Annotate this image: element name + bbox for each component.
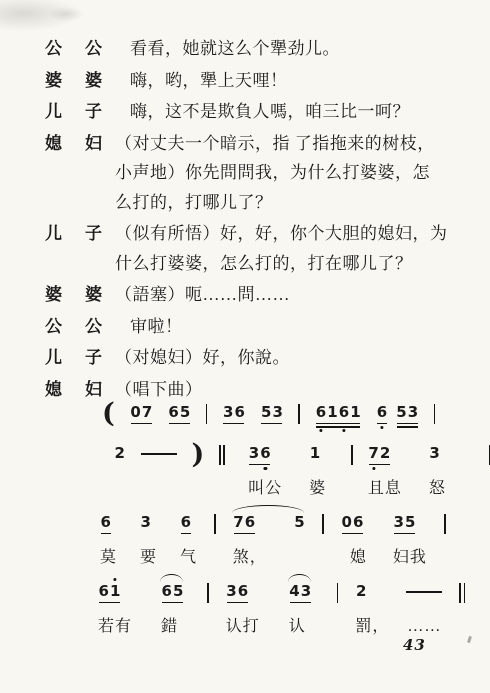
music-system: 6莫3要6气765煞，06媳35妇我 [100,513,476,568]
barline-icon [219,445,221,465]
music-cell: 61若有 [98,582,132,637]
speaker-name: 媳妇 [45,375,102,405]
speaker-name: 公公 [45,34,102,64]
lyric-syllable: 要 [140,548,157,568]
music-cell: 6莫 [100,513,117,568]
lyric-syllable: 煞， [233,548,267,568]
note-digit: 5 [404,513,416,531]
music-cell: 765煞， [233,513,306,568]
note-row: 36 [222,403,245,430]
note-digit: 6 [260,444,272,462]
beam-line-icon [377,423,387,425]
beam-line-icon [169,423,190,425]
dialogue-row: 婆婆嗨，哟，犟上天哩！ [45,66,462,96]
low-octave-dot-icon [264,467,267,470]
music-cell: 72且息 [368,444,402,499]
beam-line-icon [290,602,311,604]
lyric-syllable: 叫公 [248,479,282,499]
dialogue-row: 儿子（对媳妇）好，你說。 [45,343,462,373]
note-row: 6 [100,513,117,540]
note-group: 36 [248,444,271,462]
low-octave-dot-icon [319,429,322,432]
note-row: 65 [161,582,184,609]
lyric-syllable: 妇我 [393,548,427,568]
speaker-name-char: 媳 [45,129,62,159]
duration-dash-icon [141,453,177,455]
note-group: 65 [168,403,191,421]
dialogue-row: 媳妇（对丈夫一个暗示，指 了指拖来的树枝，小声地）你先問問我，为什么打婆婆，怎么… [45,129,462,218]
slur-arc-icon [232,505,305,513]
music-cell: 3要 [140,513,157,568]
note-digit: 5 [260,403,272,421]
note-row: ( [102,403,115,430]
note-digit: 6 [161,582,173,600]
note-row: 61 [98,582,132,609]
speech-text: 嗨，这不是欺負人嗎，咱三比一呵？ [115,97,462,127]
music-cell [434,403,436,430]
speaker-name: 婆婆 [45,66,102,96]
note-row: 2 [114,444,126,471]
note-row: 765 [233,513,306,540]
note-digit: 7 [368,444,380,462]
music-cell: 653 [376,403,419,430]
music-cell [459,582,465,609]
note-row: 2 [355,582,389,609]
note-group: 36 [226,582,249,600]
note-digit: 3 [140,513,152,531]
music-cell: 35妇我 [393,513,427,568]
lyric-syllable: 莫 [100,548,117,568]
beam-line-icon [316,426,360,428]
speaker-name: 公公 [45,312,102,342]
lyric-syllable: 錯 [161,617,178,637]
note-row [207,582,209,609]
speaker-name-char: 儿 [45,219,62,249]
speaker-name: 儿子 [45,219,102,249]
lyric-syllable: 若有 [98,617,132,637]
lyric-syllable: 婆 [309,479,326,499]
note-row: 1 [309,444,326,471]
speaker-name-char: 婆 [85,66,102,96]
beam-line-icon [342,533,363,535]
barline-icon [206,404,208,424]
note-digit: 3 [407,403,419,421]
music-cell [337,582,339,609]
note-row [459,582,465,609]
note-row: 06 [341,513,364,540]
note-group: 6 [180,513,192,531]
note-row [444,513,446,540]
note-digit: 0 [130,403,142,421]
music-cell [141,444,177,471]
dialogue-row: 儿子嗨，这不是欺負人嗎，咱三比一呵？ [45,97,462,127]
music-system: 61若有65錯36认打43认2罰，…… [98,582,476,637]
note-group: 06 [341,513,364,531]
speech-text: （对丈夫一个暗示，指 了指拖来的树枝，小声地）你先問問我，为什么打婆婆，怎么打的… [115,129,462,218]
dialogue-row: 公公审啦！ [45,312,462,342]
beam-line-icon [101,533,111,535]
barline-icon [322,514,324,534]
dialogue-line: 嗨，这不是欺負人嗎，咱三比一呵？ [115,97,462,127]
barline-icon [464,583,466,603]
note-digit: 5 [294,513,306,531]
note-row: ) [192,444,205,471]
music-cell [351,444,353,471]
speaker-name-char: 公 [85,312,102,342]
music-cell [322,513,324,540]
note-row: 07 [130,403,153,430]
beam-line-icon [99,602,120,604]
beam-line-icon [369,464,390,466]
low-octave-dot-icon [342,429,345,432]
note-digit: 6 [315,403,327,421]
speaker-name-char: 婆 [85,280,102,310]
note-row [337,582,339,609]
speaker-name-char: 婆 [45,280,62,310]
note-group: 36 [222,403,245,421]
note-row: 35 [393,513,427,540]
speech-text: （似有所悟）好，好，你个大胆的媳妇，为什么打婆婆，怎么打的，打在哪儿了？ [115,219,462,278]
note-row [206,403,208,430]
note-group: 2 [114,444,126,462]
note-digit: 5 [396,403,408,421]
beam-line-icon [397,423,418,425]
slur-arc-icon [288,574,311,582]
book-page: 公公看看，她就这么个犟劲儿。婆婆嗨，哟，犟上天哩！儿子嗨，这不是欺負人嗎，咱三比… [0,0,490,693]
beam-line-icon [316,423,360,425]
note-row: 3 [429,444,446,471]
double-barline-icon [219,444,225,465]
note-row [434,403,436,430]
note-digit: 3 [272,403,284,421]
beam-line-icon [394,533,415,535]
note-digit: 1 [110,582,122,600]
music-cell: 36叫公 [248,444,282,499]
speaker-name: 婆婆 [45,280,102,310]
speech-text: 看看，她就这么个犟劲儿。 [115,34,462,64]
dialogue-line: 嗨，哟，犟上天哩！ [115,66,462,96]
barline-icon [223,445,225,465]
note-digit: 1 [309,444,321,462]
note-row: 6 [180,513,197,540]
speaker-name-char: 妇 [85,129,102,159]
speaker-name-char: 公 [45,34,62,64]
speaker-name-char: 子 [85,219,102,249]
beam-line-icon [227,602,248,604]
dialogue-row: 儿子（似有所悟）好，好，你个大胆的媳妇，为什么打婆婆，怎么打的，打在哪儿了？ [45,219,462,278]
music-cell: 3怒 [429,444,446,499]
note-row: 53 [260,403,283,430]
note-digit: 7 [141,403,153,421]
dialogue-line: （似有所悟）好，好，你个大胆的媳妇，为 [115,219,462,249]
note-group: 65 [161,582,184,600]
duration-dash-icon [406,591,442,593]
beam-line-icon [249,464,270,466]
note-group: 35 [393,513,416,531]
lyric-syllable: 且息 [368,479,402,499]
music-cell: 1婆 [309,444,326,499]
note-row: 36 [226,582,260,609]
dialogue-line: 看看，她就这么个犟劲儿。 [115,34,462,64]
lyric-syllable: 怒 [429,479,446,499]
speaker-name-char: 儿 [45,343,62,373]
music-cell [219,444,225,471]
note-digit: 3 [226,582,238,600]
note-row: 65 [168,403,191,430]
note-digit: 7 [233,513,245,531]
music-cell [206,403,208,430]
speech-text: 嗨，哟，犟上天哩！ [115,66,462,96]
low-octave-dot-icon [380,426,383,429]
speaker-name-char: 婆 [45,66,62,96]
note-digit: 3 [300,582,312,600]
note-digit: 2 [114,444,126,462]
music-paren: ) [192,442,205,467]
barline-icon [207,583,209,603]
speech-text: （語塞）呃……問…… [115,280,462,310]
note-digit: 6 [100,513,112,531]
music-cell [444,513,446,540]
lyric-syllable: 媳 [350,548,367,568]
beam-line-icon [223,423,244,425]
music-cell: 36认打 [226,582,260,637]
note-digit: 2 [379,444,391,462]
note-digit: 5 [173,582,185,600]
barline-icon [459,583,461,603]
music-cell: 43认 [289,582,312,637]
note-row: 36 [248,444,282,471]
beam-line-icon [234,533,255,535]
note-digit: 1 [327,403,339,421]
speaker-name: 媳妇 [45,129,102,159]
note-digit: 1 [350,403,362,421]
note-row [322,513,324,540]
barline-icon [434,404,436,424]
music-cell: 06媳 [341,513,364,568]
note-digit: 6 [234,403,246,421]
note-digit: 0 [341,513,353,531]
note-digit: 6 [352,513,364,531]
dialogue-line: （对丈夫一个暗示，指 了指拖来的树枝， [115,129,462,159]
scan-artifact [46,6,86,22]
lyric-syllable: 认 [289,617,306,637]
dialogue-line: 什么打婆婆，怎么打的，打在哪儿了？ [115,249,462,279]
note-digit: 6 [180,513,192,531]
note-row [219,444,225,471]
speaker-name-char: 公 [45,312,62,342]
beam-line-icon [131,423,152,425]
dialogue-line: 审啦！ [115,312,462,342]
note-row [214,513,216,540]
speaker-name-char: 公 [85,34,102,64]
note-digit: 5 [179,403,191,421]
note-group: 2 [355,582,367,600]
high-octave-dot-icon [114,578,117,581]
speaker-name-char: 儿 [45,97,62,127]
dialogue-line: （唱下曲） [115,375,462,405]
music-system: 2)36叫公1婆72且息3怒 [114,444,476,499]
note-group: 3 [140,513,152,531]
page-number: 43 [403,636,426,654]
note-row [298,403,300,430]
music-cell: 2 [114,444,126,471]
dialogue-row: 公公看看，她就这么个犟劲儿。 [45,34,462,64]
dialogue-line: （对媳妇）好，你說。 [115,343,462,373]
music-paren: ( [102,401,115,426]
lyric-syllable: 罰， [355,617,389,637]
note-digit: 3 [393,513,405,531]
speaker-name-char: 子 [85,97,102,127]
music-cell: 6气 [180,513,197,568]
note-digit: 4 [289,582,301,600]
note-group: 6 [100,513,112,531]
note-digit: 3 [222,403,234,421]
note-digit: 3 [248,444,260,462]
barline-icon [214,514,216,534]
music-system: (076536536161653 [102,403,476,430]
low-octave-dot-icon [372,467,375,470]
dialogue-line: 么打的，打哪儿了？ [115,188,462,218]
music-cell: ( [102,403,115,430]
note-row [141,444,177,471]
note-group: 61 [98,582,121,600]
note-row [351,444,353,471]
dialogue-row: 婆婆（語塞）呃……問…… [45,280,462,310]
double-barline-icon [459,582,465,603]
note-group: 43 [289,582,312,600]
lyric-syllable: 气 [180,548,197,568]
note-group: 53 [396,403,419,421]
note-group: 72 [368,444,391,462]
note-row: 6161 [315,403,361,430]
lyric-syllable: …… [407,617,441,637]
note-digit: 6 [376,403,388,421]
music-cell: 53 [260,403,283,430]
note-group: 1 [309,444,321,462]
music-cell: …… [406,582,442,637]
note-group: 76 [233,513,256,531]
music-cell: 6161 [315,403,361,430]
music-cell [214,513,216,540]
note-group: 3 [429,444,441,462]
music-cell: 2罰， [355,582,389,637]
note-digit: 6 [98,582,110,600]
note-row: 43 [289,582,312,609]
speech-text: 审啦！ [115,312,462,342]
beam-line-icon [181,533,191,535]
barline-icon [444,514,446,534]
note-group: 5 [294,513,306,531]
music-cell [207,582,209,609]
speaker-name: 儿子 [45,97,102,127]
music-cell: 36 [222,403,245,430]
speaker-name-char: 妇 [85,375,102,405]
music-score: (0765365361616532)36叫公1婆72且息3怒6莫3要6气765煞… [98,403,476,651]
note-digit: 3 [429,444,441,462]
note-row [406,582,442,609]
note-group: 53 [260,403,283,421]
note-row: 72 [368,444,402,471]
music-cell: 65錯 [161,582,184,637]
note-digit: 6 [244,513,256,531]
speaker-name-char: 媳 [45,375,62,405]
note-digit: 2 [355,582,367,600]
lyric-syllable: 认打 [226,617,260,637]
music-cell: 07 [130,403,153,430]
music-cell [298,403,300,430]
music-cell: ) [192,444,205,471]
slur-arc-icon [160,574,183,582]
dialogue-line: 小声地）你先問問我，为什么打婆婆，怎 [115,158,462,188]
note-group: 07 [130,403,153,421]
note-digit: 6 [338,403,350,421]
note-group: 6161 [315,403,361,421]
note-digit: 6 [168,403,180,421]
speaker-name: 儿子 [45,343,102,373]
note-digit: 6 [237,582,249,600]
barline-icon [298,404,300,424]
note-row: 653 [376,403,419,430]
beam-line-icon [397,426,418,428]
note-group: 6 [376,403,388,421]
beam-line-icon [162,602,183,604]
speaker-name-char: 子 [85,343,102,373]
beam-line-icon [261,423,282,425]
speech-text: （唱下曲） [115,375,462,405]
music-cell: 65 [168,403,191,430]
barline-icon [337,583,339,603]
dialogue-section: 公公看看，她就这么个犟劲儿。婆婆嗨，哟，犟上天哩！儿子嗨，这不是欺負人嗎，咱三比… [45,34,462,406]
dialogue-line: （語塞）呃……問…… [115,280,462,310]
barline-icon [351,445,353,465]
note-row: 3 [140,513,157,540]
speech-text: （对媳妇）好，你說。 [115,343,462,373]
